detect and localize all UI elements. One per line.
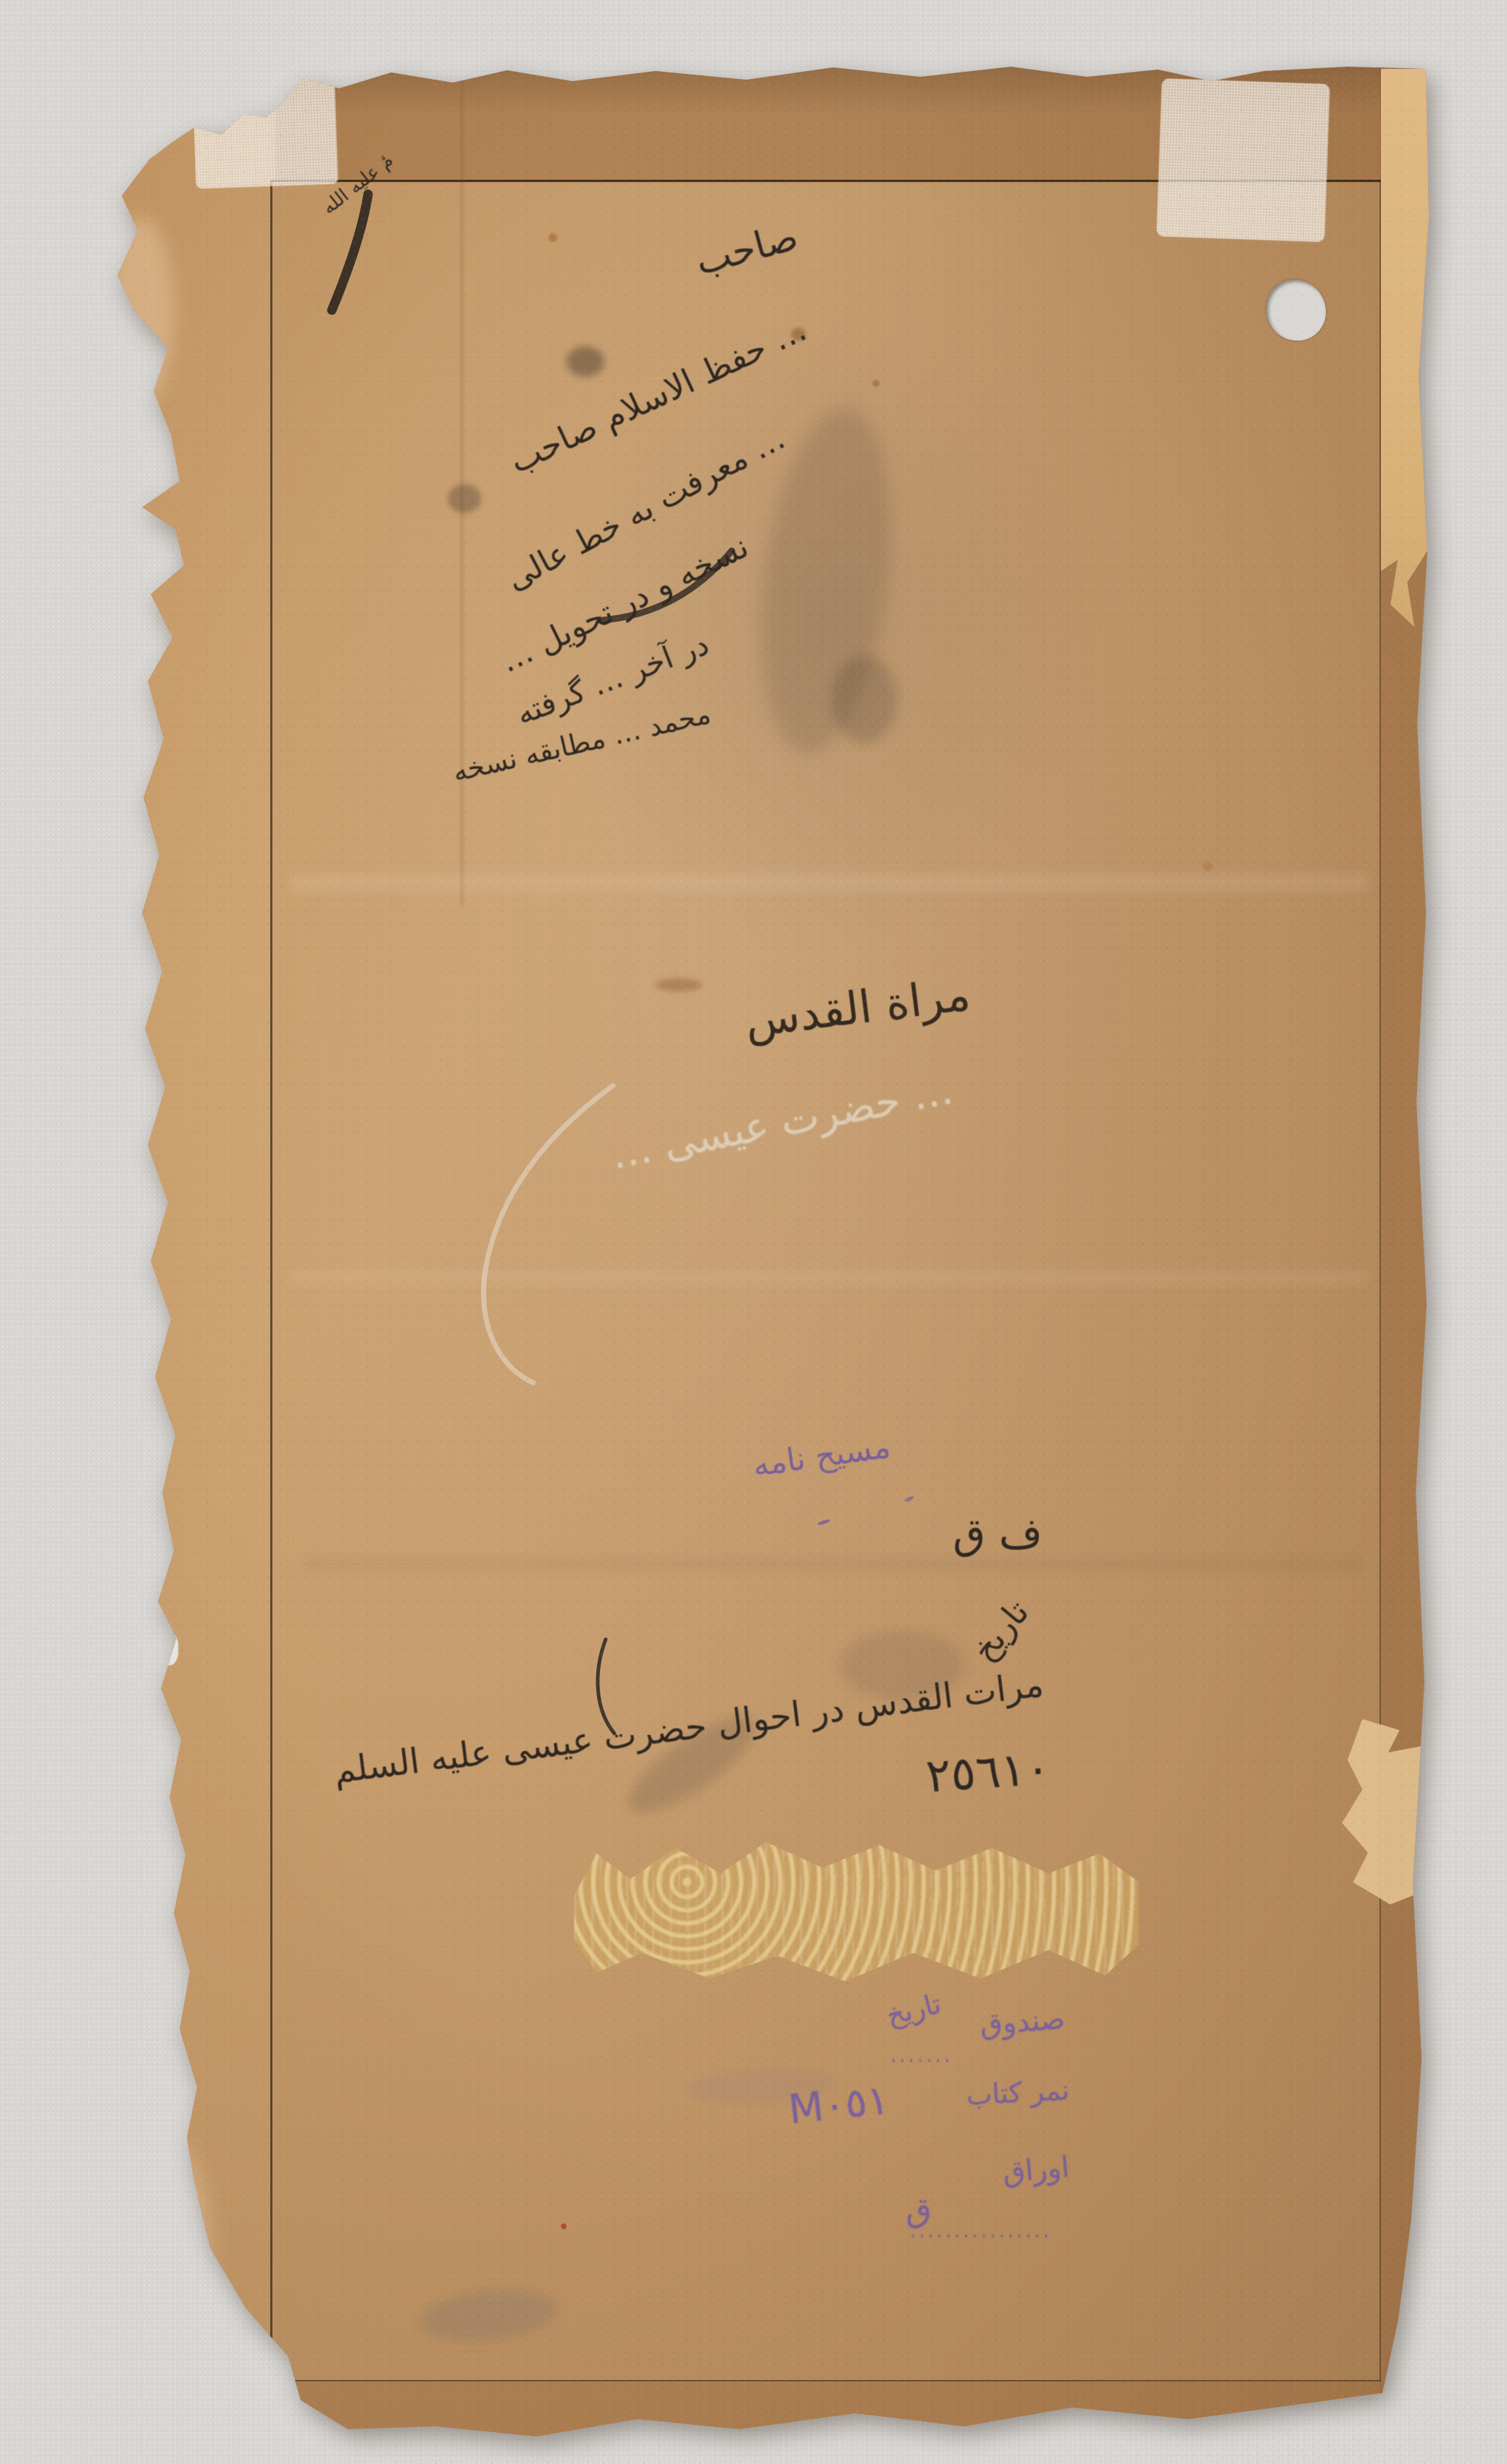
scanned-manuscript-page: { "scene": { "background_color": "#d8d6d… <box>0 0 1507 2464</box>
ink-blob-3 <box>832 656 897 743</box>
stamp-leader-long: ................ <box>748 2220 1052 2242</box>
stamp-book-number-value: M٠٥١ <box>786 2070 950 2134</box>
manuscript-paper: مٔ علیه الله صاحب … حفظ الاسلام صاحب … م… <box>0 0 1507 2464</box>
accession-number: ٢٥٦١٠ <box>817 1741 1052 1811</box>
stamp-book-number-label: نمر كتاب <box>953 2074 1070 2112</box>
corner-note: مٔ علیه الله <box>288 150 398 243</box>
bottom-margin-shade <box>271 2380 1382 2464</box>
ink-blob-2 <box>448 484 481 513</box>
purple-dash-2 <box>904 1495 915 1502</box>
sheen-left-bottom <box>123 2138 210 2355</box>
fox-spot-4 <box>1203 862 1213 871</box>
backing-strip-right <box>1381 69 1429 627</box>
calligraphy-line-1: صاحب <box>638 215 803 299</box>
fox-smear-title <box>656 978 702 991</box>
pencil-loop-flourish <box>484 1086 613 1383</box>
stamp-box-label: صندوق <box>963 2002 1066 2043</box>
frame-line-bottom <box>271 2380 1381 2381</box>
frame-line-right <box>1379 181 1381 2381</box>
right-margin-shade <box>1379 0 1507 2399</box>
title-inscription: مراة القدس <box>693 967 973 1054</box>
pale-band-1 <box>290 873 1369 892</box>
sheen-left-top <box>109 217 174 406</box>
fox-spot-3 <box>872 380 880 387</box>
stamp-leader-short: ....... <box>793 2045 953 2067</box>
pale-band-2 <box>290 1270 1369 1286</box>
ink-blob-1 <box>567 346 604 377</box>
gray-smudge-bottom-left <box>418 2283 560 2347</box>
pencil-note: … حضرت عیسی … <box>506 1066 956 1198</box>
skinned-patch-right <box>1335 1719 1427 1905</box>
top-margin-shade <box>275 0 1384 183</box>
red-dot <box>561 2223 567 2229</box>
left-edge-strip <box>0 0 272 2464</box>
label-residue-strip <box>574 1839 1139 1981</box>
dark-band <box>304 1557 1362 1571</box>
purple-dash-1 <box>817 1518 831 1526</box>
tape-top-left <box>192 67 338 189</box>
stamp-leaves-label: اوراق <box>959 2151 1070 2194</box>
punched-hole <box>1266 280 1326 341</box>
paper-wrap: مٔ علیه الله صاحب … حفظ الاسلام صاحب … م… <box>0 0 1507 2464</box>
frame-line-left <box>270 180 272 2381</box>
purple-note: مسیح نامه <box>687 1428 893 1493</box>
fox-spot-2 <box>548 233 557 242</box>
tape-top-right <box>1156 78 1329 242</box>
class-mark: ف ق <box>936 1509 1059 1558</box>
stamp-date-label: تاریخ <box>831 1988 944 2045</box>
frame-line-top <box>271 180 1381 182</box>
white-chip-left-edge <box>156 1632 178 1665</box>
top-edge-shadow <box>0 64 1507 115</box>
